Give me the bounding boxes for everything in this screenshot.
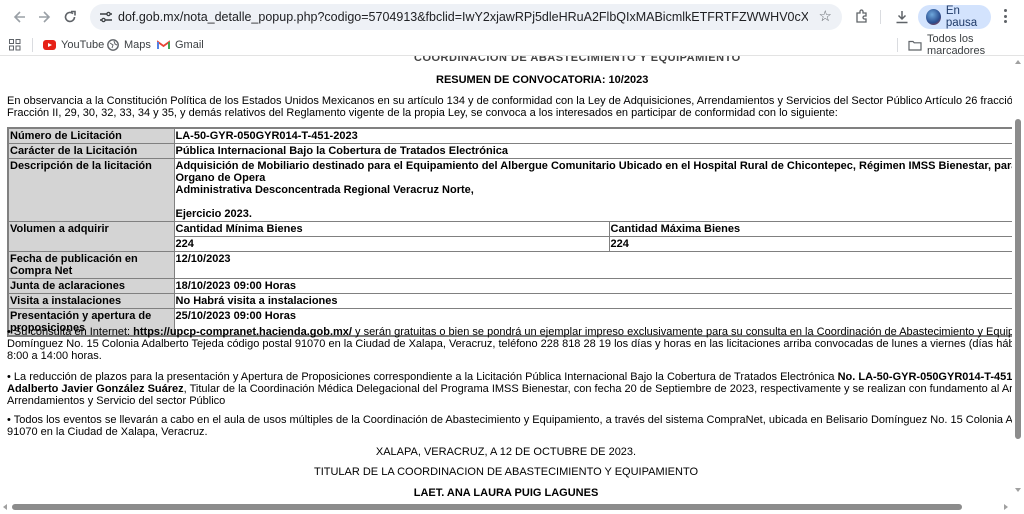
forward-button[interactable]	[33, 6, 55, 28]
table-row: Carácter de la Licitación Pública Intern…	[8, 144, 1012, 159]
tender-description: Adquisición de Mobiliario destinado para…	[174, 159, 1012, 222]
bookmark-star-icon[interactable]: ☆	[819, 7, 832, 25]
bookmarks-bar: YouTube Maps Gmail Todos los marcadores	[0, 34, 1024, 56]
table-row: Volumen a adquirir Cantidad Mínima Biene…	[8, 222, 1012, 237]
table-row: Junta de aclaraciones 18/10/2023 09:00 H…	[8, 279, 1012, 294]
table-row: Número de Licitación LA-50-GYR-050GYR014…	[8, 128, 1012, 144]
download-icon	[894, 9, 910, 25]
scroll-left-arrow-icon[interactable]	[3, 504, 7, 510]
vertical-scrollbar[interactable]	[1012, 56, 1024, 500]
cut-off-heading: COORDINACION DE ABASTECIMIENTO Y EQUIPAM…	[414, 56, 741, 64]
bookmark-gmail[interactable]: Gmail	[157, 37, 204, 53]
forward-icon	[37, 10, 51, 24]
scroll-right-arrow-icon[interactable]	[1004, 504, 1008, 510]
signer-name: LAET. ANA LAURA PUIG LAGUNES	[0, 487, 1012, 499]
address-bar[interactable]: dof.gob.mx/nota_detalle_popup.php?codigo…	[90, 4, 842, 30]
avatar	[926, 9, 941, 25]
bookmark-youtube[interactable]: YouTube	[43, 37, 104, 53]
vertical-scroll-thumb[interactable]	[1015, 119, 1021, 439]
intro-paragraph: En observancia a la Constitución Polític…	[7, 95, 1012, 119]
folder-icon	[908, 40, 922, 51]
tender-number: LA-50-GYR-050GYR014-T-451-2023	[174, 128, 1012, 144]
signer-title: TITULAR DE LA COORDINACION DE ABASTECIMI…	[0, 466, 1012, 478]
gmail-icon	[157, 40, 170, 50]
table-row: Descripción de la licitación Adquisición…	[8, 159, 1012, 222]
table-row: Visita a instalaciones No Habrá visita a…	[8, 294, 1012, 309]
maps-icon	[107, 39, 119, 51]
tender-details-table: Número de Licitación LA-50-GYR-050GYR014…	[7, 127, 1012, 337]
all-bookmarks-button[interactable]: Todos los marcadores	[908, 37, 1024, 53]
horizontal-scrollbar[interactable]	[0, 500, 1012, 514]
min-quantity: 224	[174, 237, 609, 252]
compranet-link[interactable]: https://upcp-compranet.hacienda.gob.mx/	[133, 326, 352, 338]
extensions-icon	[854, 9, 870, 25]
bullet-consultation: • Su consulta en Internet: https://upcp-…	[7, 326, 1012, 362]
reload-button[interactable]	[59, 6, 81, 28]
site-settings-icon[interactable]	[99, 9, 113, 25]
extensions-button[interactable]	[851, 6, 873, 28]
url-text[interactable]: dof.gob.mx/nota_detalle_popup.php?codigo…	[118, 9, 808, 25]
profile-status: En pausa	[946, 5, 991, 29]
horizontal-scroll-thumb[interactable]	[12, 504, 962, 510]
menu-icon[interactable]	[1003, 8, 1007, 26]
table-row: Fecha de publicación en Compra Net 12/10…	[8, 252, 1012, 279]
scroll-up-arrow-icon[interactable]	[1015, 60, 1021, 64]
document-title: RESUMEN DE CONVOCATORIA: 10/2023	[436, 74, 648, 86]
scroll-down-arrow-icon[interactable]	[1015, 488, 1021, 492]
reload-icon	[63, 10, 77, 24]
browser-toolbar: dof.gob.mx/nota_detalle_popup.php?codigo…	[0, 0, 1024, 34]
back-button[interactable]	[9, 6, 31, 28]
apps-button[interactable]	[9, 37, 21, 53]
back-icon	[13, 10, 27, 24]
bookmark-maps[interactable]: Maps	[107, 37, 151, 53]
youtube-icon	[43, 40, 56, 50]
bullet-events-location: • Todos los eventos se llevarán a cabo e…	[7, 414, 1012, 438]
place-date: XALAPA, VERACRUZ, A 12 DE OCTUBRE DE 202…	[0, 446, 1012, 458]
downloads-button[interactable]	[891, 6, 913, 28]
max-quantity: 224	[609, 237, 1012, 252]
apps-grid-icon	[9, 39, 21, 51]
profile-button[interactable]: En pausa	[918, 5, 991, 29]
bullet-deadline-reduction: • La reducción de plazos para la present…	[7, 371, 1012, 407]
page-viewport: COORDINACION DE ABASTECIMIENTO Y EQUIPAM…	[0, 56, 1012, 500]
